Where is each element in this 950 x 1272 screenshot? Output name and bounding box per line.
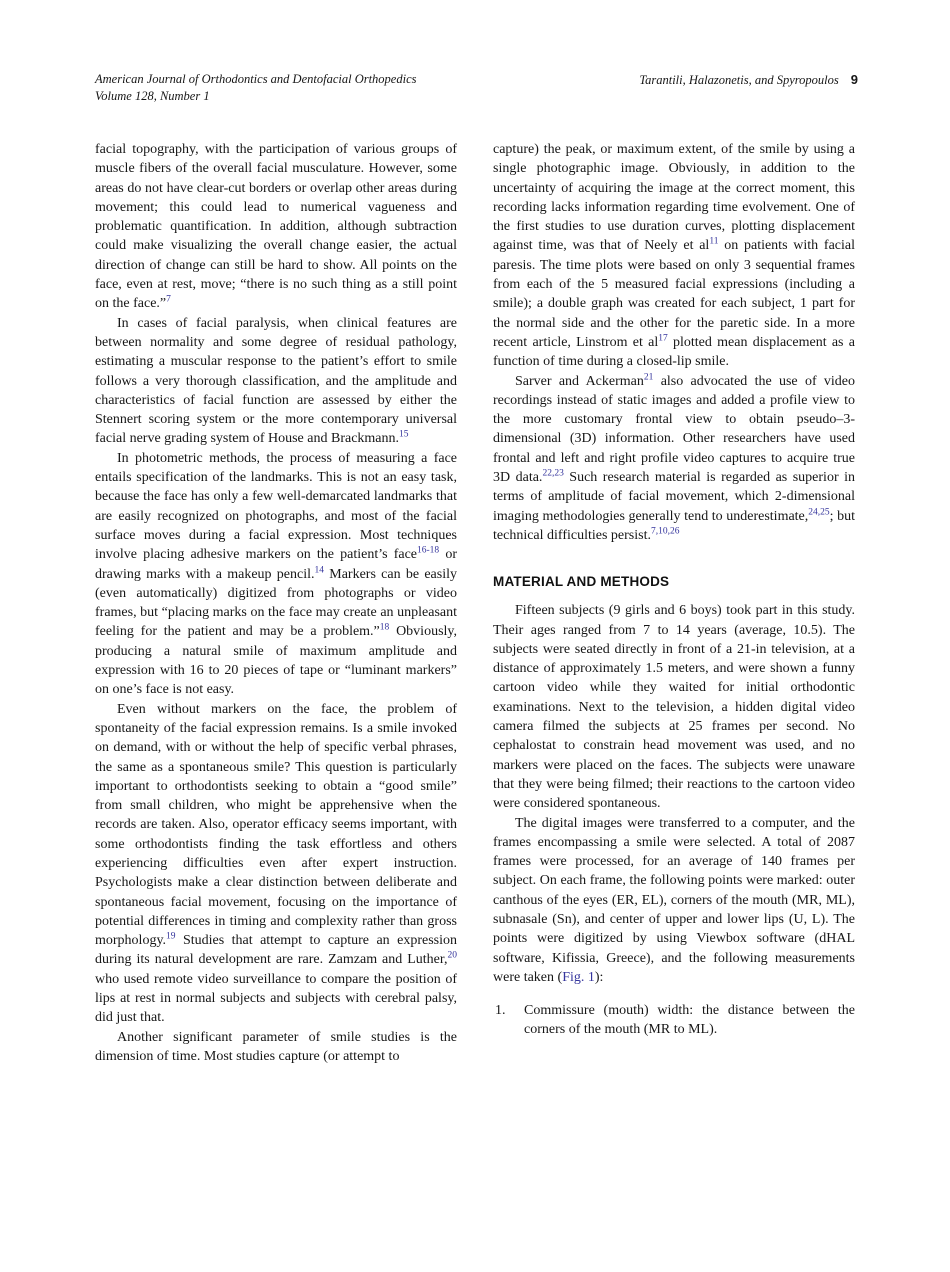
header-right: Tarantili, Halazonetis, and Spyropoulos9 [639, 71, 858, 89]
text-run: capture) the peak, or maximum extent, of… [493, 142, 855, 253]
journal-title: American Journal of Orthodontics and Den… [95, 71, 417, 88]
citation-reference-link[interactable]: 24,25 [808, 507, 829, 517]
numbered-list-item: 1.Commissure (mouth) width: the distance… [493, 1001, 855, 1040]
citation-reference-link[interactable]: 16-18 [417, 546, 439, 556]
header-left: American Journal of Orthodontics and Den… [95, 71, 417, 105]
text-run: 1 [203, 89, 209, 103]
text-run: on patients with facial paresis. The tim… [493, 238, 855, 349]
text-run: Commissure (mouth) width: the distance b… [524, 1003, 855, 1037]
citation-reference-link[interactable]: 21 [644, 372, 654, 382]
paragraph: Another significant parameter of smile s… [95, 1028, 457, 1067]
running-header: American Journal of Orthodontics and Den… [95, 71, 858, 105]
text-run: In photometric methods, the process of m… [95, 451, 457, 562]
citation-reference-link[interactable]: 17 [658, 333, 668, 343]
paragraph: Sarver and Ackerman21 also advocated the… [493, 372, 855, 546]
citation-reference-link[interactable]: 7,10,26 [651, 526, 680, 536]
list-item-text: Commissure (mouth) width: the distance b… [524, 1003, 855, 1037]
citation-reference-link[interactable]: 14 [315, 565, 325, 575]
page-body: facial topography, with the participatio… [95, 140, 855, 1066]
text-run: Another significant parameter of smile s… [95, 1030, 457, 1064]
text-run: ): [595, 970, 604, 985]
paragraph: The digital images were transferred to a… [493, 814, 855, 988]
text-run: who used remote video surveillance to co… [95, 972, 457, 1026]
citation-reference-link[interactable]: 15 [399, 430, 409, 440]
citation-reference-link[interactable]: 20 [448, 951, 458, 961]
text-run: Volume [95, 89, 135, 103]
text-run: The digital images were transferred to a… [493, 816, 855, 985]
journal-page: American Journal of Orthodontics and Den… [0, 0, 950, 1272]
citation-reference-link[interactable]: 18 [380, 623, 390, 633]
column-right: capture) the peak, or maximum extent, of… [493, 140, 855, 1066]
figure-link[interactable]: Fig. 1 [562, 970, 595, 985]
paragraph: capture) the peak, or maximum extent, of… [493, 140, 855, 372]
citation-reference-link[interactable]: 19 [166, 932, 176, 942]
text-run: Fifteen subjects (9 girls and 6 boys) to… [493, 603, 855, 811]
authors-line: Tarantili, Halazonetis, and Spyropoulos [639, 73, 838, 87]
text-run: 128, [135, 89, 160, 103]
citation-reference-link[interactable]: 22,23 [542, 468, 563, 478]
text-run: In cases of facial paralysis, when clini… [95, 316, 457, 447]
paragraph: In photometric methods, the process of m… [95, 449, 457, 700]
section-heading: MATERIAL AND METHODS [493, 573, 855, 590]
text-run: Even without markers on the face, the pr… [95, 702, 457, 949]
list-item-number: 1. [495, 1001, 506, 1020]
text-run: Sarver and Ackerman [515, 374, 644, 389]
text-run: facial topography, with the participatio… [95, 142, 457, 311]
paragraph: In cases of facial paralysis, when clini… [95, 314, 457, 449]
citation-reference-link[interactable]: 7 [166, 295, 171, 305]
paragraph: facial topography, with the participatio… [95, 140, 457, 314]
text-run: Number [160, 89, 203, 103]
paragraph: Fifteen subjects (9 girls and 6 boys) to… [493, 601, 855, 813]
column-left: facial topography, with the participatio… [95, 140, 457, 1066]
page-number: 9 [851, 72, 858, 87]
volume-line: Volume 128, Number 1 [95, 88, 417, 105]
paragraph: Even without markers on the face, the pr… [95, 700, 457, 1028]
